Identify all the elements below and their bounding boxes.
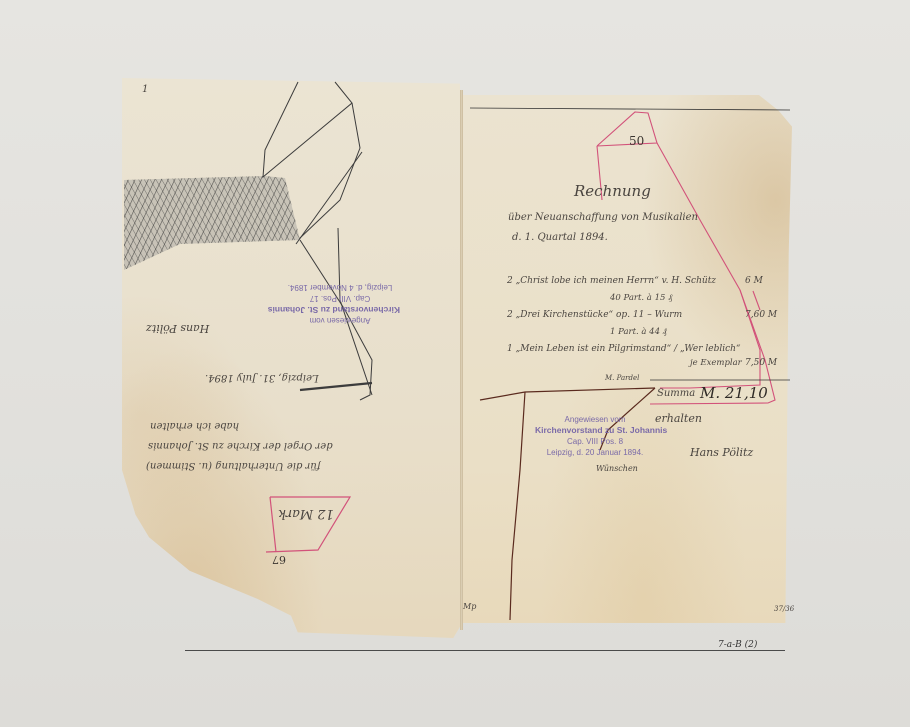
stamp-initials: Wünschen	[596, 464, 638, 473]
stamp-line: Kirchenvorstand zu St. Johannis	[535, 425, 655, 436]
stamp-line: Angewiesen vom	[280, 315, 400, 326]
stamp-line: Cap. VIII Pos. 17	[280, 293, 400, 304]
catalog-number: 7-a-B (2)	[718, 640, 757, 650]
text-line-upside-down: der Orgel der Kirche zu St. Johannis	[148, 440, 333, 451]
left-page	[122, 78, 460, 638]
stamp-line: Angewiesen vom	[535, 414, 655, 425]
signature-right: Hans Pölitz	[690, 446, 753, 459]
page-number-left: 67	[272, 553, 286, 566]
item-description: 1 „Mein Leben ist ein Pilgrimstand“ / „W…	[507, 344, 741, 354]
item-detail: 1 Part. à 44 ₰	[610, 326, 667, 337]
item-detail: je Exemplar	[690, 358, 742, 368]
text-line-upside-down: für die Unterhaltung (u. Stimmen)	[146, 460, 320, 471]
page-number-right: 50	[629, 134, 644, 148]
stamp-left-upside-down: Angewiesen vom Kirchenvorstand zu St. Jo…	[280, 282, 400, 326]
invoice-subtitle-line: d. 1. Quartal 1894.	[512, 232, 608, 243]
date-left-upside-down: Leipzig, 31. July 1894.	[205, 372, 319, 383]
stamp-line: Kirchenvorstand zu St. Johannis	[280, 304, 400, 315]
amount-box-left-upside-down: 12 Mark	[278, 506, 334, 521]
total-label: Summa	[657, 388, 695, 399]
mount-baseline	[185, 650, 785, 651]
stamp-line: Cap. VIII Pos. 8	[535, 436, 655, 447]
received-label: erhalten	[655, 412, 702, 425]
invoice-title: Rechnung	[574, 182, 651, 200]
invoice-subtitle-line: über Neuanschaffung von Musikalien	[508, 212, 698, 223]
text-line-upside-down: habe ich erhalten	[150, 420, 239, 431]
item-description: 2 „Christ lobe ich meinen Herrn“ v. H. S…	[507, 276, 716, 286]
stamp-line: Leipzig, d. 20 Januar 1894.	[535, 447, 655, 458]
page-fold	[460, 90, 463, 630]
corner-fraction: 37/36	[774, 606, 794, 613]
note-small: M. Pardel	[605, 374, 639, 382]
signature-left-upside-down: Hans Pölitz	[146, 322, 209, 335]
total-amount: M. 21,10	[700, 384, 768, 402]
stamp-right: Angewiesen vom Kirchenvorstand zu St. Jo…	[535, 414, 655, 458]
item-amount: 7,60 M	[745, 310, 777, 320]
right-page	[462, 95, 792, 623]
item-amount: 7,50 M	[745, 358, 777, 368]
stamp-line: Leipzig, d. 4 November 1894.	[280, 282, 400, 293]
item-detail: 40 Part. à 15 ₰	[610, 292, 672, 303]
corner-mark: 1	[142, 84, 148, 95]
item-amount: 6 M	[745, 276, 763, 286]
item-description: 2 „Drei Kirchenstücke“ op. 11 – Wurm	[507, 310, 682, 320]
bottom-mark-left: Mp	[463, 602, 476, 611]
